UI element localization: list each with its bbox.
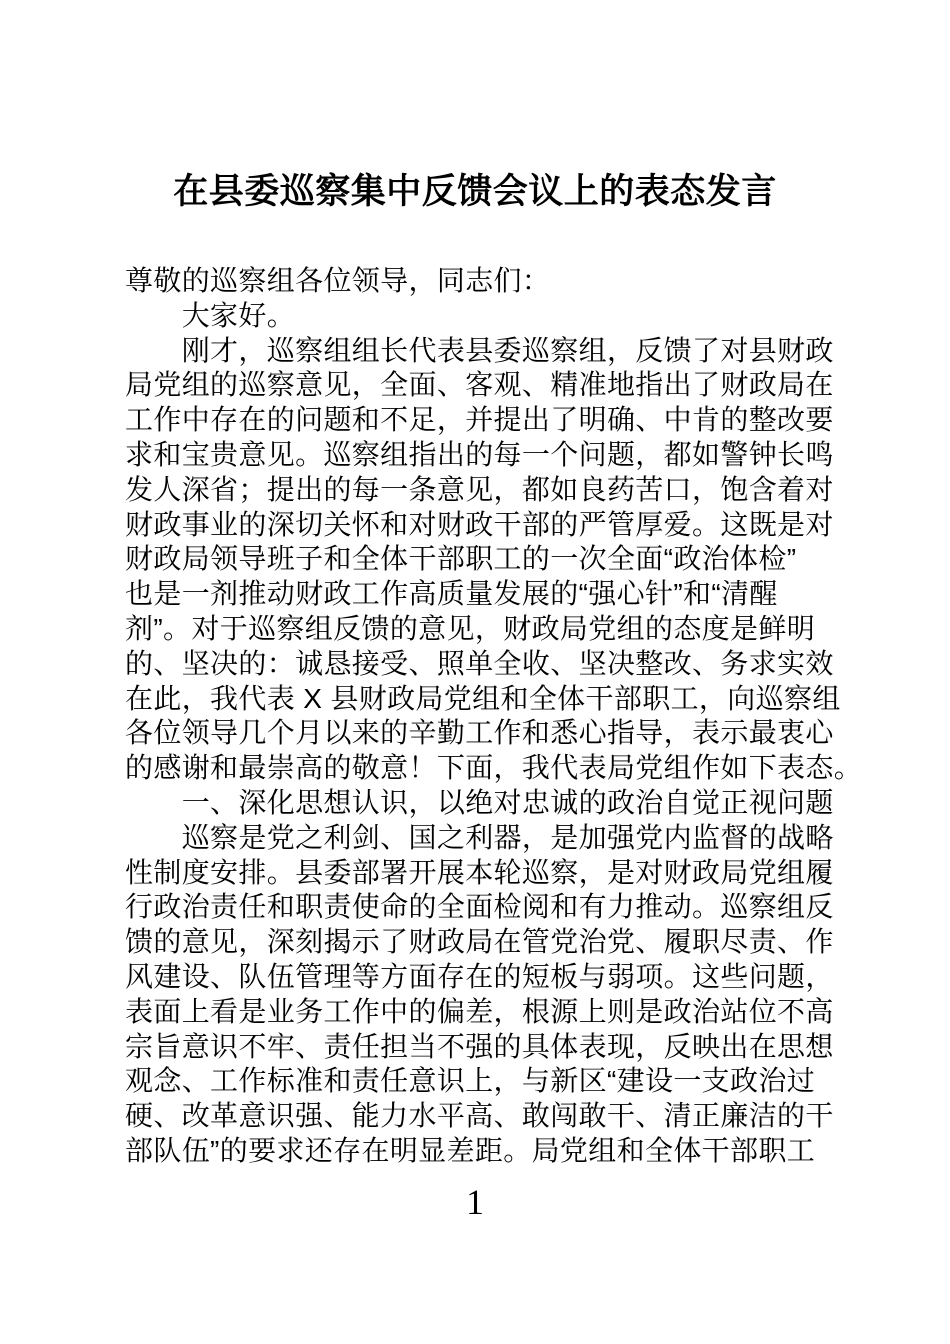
text-line: 一、深化思想认识，以绝对忠诚的政治自觉正视问题 xyxy=(125,786,815,821)
text-line: 工作中存在的问题和不足，并提出了明确、中肯的整改要 xyxy=(125,403,815,438)
text-line: 也是一剂推动财政工作高质量发展的“强心针”和“清醒 xyxy=(125,577,815,612)
text-line: 尊敬的巡察组各位领导，同志们： xyxy=(125,264,815,299)
text-line: 在此，我代表 X 县财政局党组和全体干部职工，向巡察组 xyxy=(125,682,815,717)
text-line: 风建设、队伍管理等方面存在的短板与弱项。这些问题， xyxy=(125,960,815,995)
document-body-text: 尊敬的巡察组各位领导，同志们： 大家好。 刚才，巡察组组长代表县委巡察组，反馈了… xyxy=(125,264,815,1169)
text-line: 财政局领导班子和全体干部职工的一次全面“政治体检” xyxy=(125,542,815,577)
text-line: 发人深省；提出的每一条意见，都如良药苦口，饱含着对 xyxy=(125,473,815,508)
page-title: 在县委巡察集中反馈会议上的表态发言 xyxy=(0,170,950,214)
text-line: 的感谢和最崇高的敬意！下面，我代表局党组作如下表态。 xyxy=(125,751,815,786)
page-number: 1 xyxy=(0,1182,950,1222)
document-page: 在县委巡察集中反馈会议上的表态发言 尊敬的巡察组各位领导，同志们： 大家好。 刚… xyxy=(0,0,950,1344)
text-line: 的、坚决的：诚恳接受、照单全收、坚决整改、务求实效 xyxy=(125,647,815,682)
text-line: 硬、改革意识强、能力水平高、敢闯敢干、清正廉洁的干 xyxy=(125,1099,815,1134)
text-line: 部队伍”的要求还存在明显差距。局党组和全体干部职工 xyxy=(125,1134,815,1169)
text-line: 行政治责任和职责使命的全面检阅和有力推动。巡察组反 xyxy=(125,890,815,925)
text-line: 各位领导几个月以来的辛勤工作和悉心指导，表示最衷心 xyxy=(125,716,815,751)
text-line: 性制度安排。县委部署开展本轮巡察，是对财政局党组履 xyxy=(125,856,815,891)
text-line: 剂”。对于巡察组反馈的意见，财政局党组的态度是鲜明 xyxy=(125,612,815,647)
text-line: 巡察是党之利剑、国之利器，是加强党内监督的战略 xyxy=(125,821,815,856)
text-line: 财政事业的深切关怀和对财政干部的严管厚爱。这既是对 xyxy=(125,508,815,543)
text-line: 观念、工作标准和责任意识上，与新区“建设一支政治过 xyxy=(125,1064,815,1099)
text-line: 表面上看是业务工作中的偏差，根源上则是政治站位不高 xyxy=(125,995,815,1030)
text-line: 宗旨意识不牢、责任担当不强的具体表现，反映出在思想 xyxy=(125,1030,815,1065)
text-line: 求和宝贵意见。巡察组指出的每一个问题，都如警钟长鸣 xyxy=(125,438,815,473)
text-line: 刚才，巡察组组长代表县委巡察组，反馈了对县财政 xyxy=(125,334,815,369)
text-line: 大家好。 xyxy=(125,299,815,334)
text-line: 馈的意见，深刻揭示了财政局在管党治党、履职尽责、作 xyxy=(125,925,815,960)
text-line: 局党组的巡察意见，全面、客观、精准地指出了财政局在 xyxy=(125,368,815,403)
